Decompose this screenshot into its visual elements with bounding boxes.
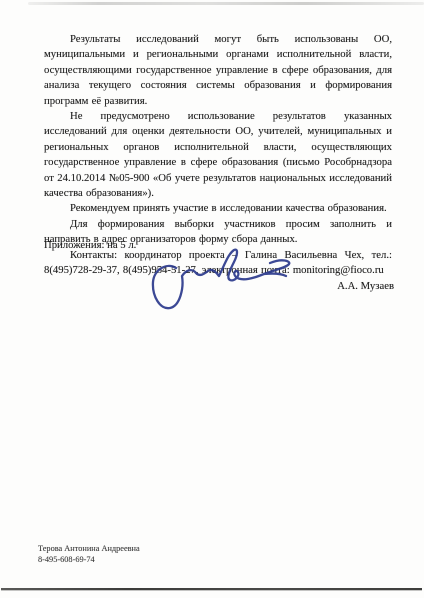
signature-area	[146, 246, 296, 318]
signer-name: А.А. Музаев	[337, 280, 394, 292]
signature-stroke	[153, 250, 289, 309]
paragraph-recommendation: Рекомендуем принять участие в исследован…	[44, 201, 392, 216]
attachments-line: Приложения: на 5 л.	[44, 238, 136, 253]
footer-contact-block: Терова Антонина Андреевна 8-495-608-69-7…	[38, 543, 140, 565]
scanned-letter-page: Результаты исследований могут быть испол…	[0, 0, 424, 598]
footer-contact-name: Терова Антонина Андреевна	[38, 543, 140, 554]
scan-artifact-bottom-edge	[1, 588, 422, 590]
paragraph-results-usage: Результаты исследований могут быть испол…	[44, 32, 392, 109]
paragraph-no-evaluation: Не предусмотрено использование результат…	[44, 109, 392, 201]
scan-artifact-top	[28, 2, 424, 5]
footer-contact-phone: 8-495-608-69-74	[38, 554, 140, 565]
signature-ink-icon	[146, 246, 296, 318]
